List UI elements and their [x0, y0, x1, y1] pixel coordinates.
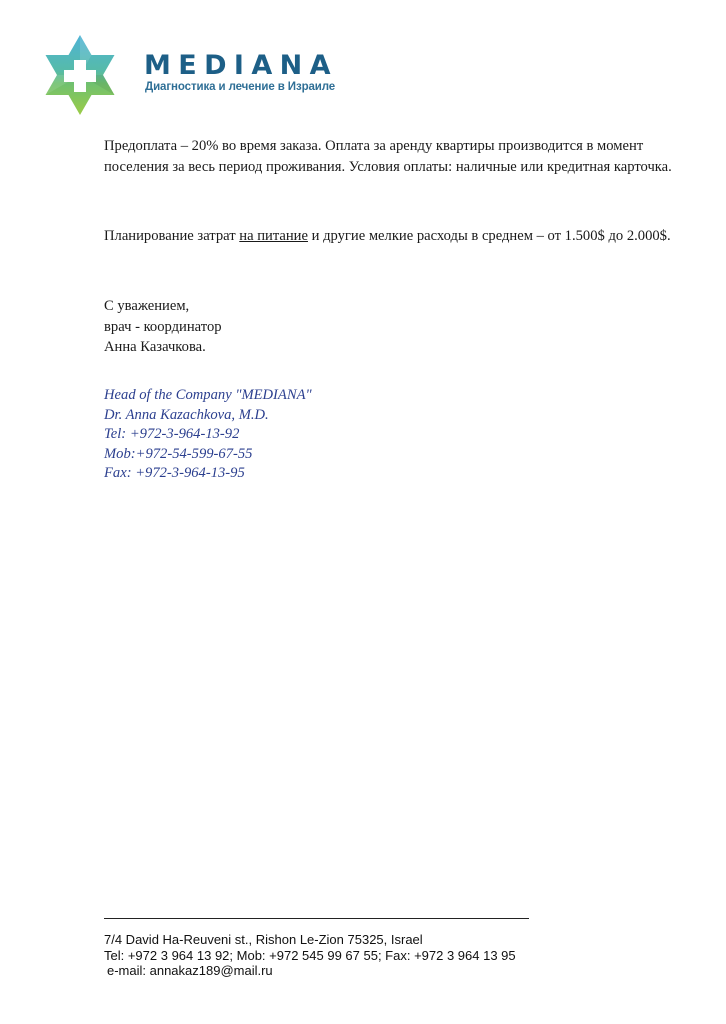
expenses-paragraph: Планирование затрат на питание и другие …	[104, 226, 674, 247]
footer: 7/4 David Ha-Reuveni st., Rishon Le-Zion…	[104, 932, 516, 979]
payment-terms-paragraph: Предоплата – 20% во время заказа. Оплата…	[104, 136, 674, 177]
food-underlined-text: на питание	[239, 228, 308, 244]
brand-tagline: Диагностика и лечение в Израиле	[145, 80, 335, 94]
closing-role: врач - координатор	[104, 317, 674, 338]
signature-title: Head of the Company "MEDIANA"	[104, 386, 312, 406]
expenses-text-end: и другие мелкие расходы в среднем – от 1…	[308, 228, 671, 244]
signature-mob: Mob:+972-54-599-67-55	[104, 445, 312, 465]
footer-email: e-mail: annakaz189@mail.ru	[104, 963, 516, 979]
brand-name: MEDIANA	[144, 50, 338, 82]
signature-block: Head of the Company "MEDIANA" Dr. Anna K…	[104, 386, 312, 484]
closing-block: С уважением, врач - координатор Анна Каз…	[104, 296, 674, 358]
footer-phones: Tel: +972 3 964 13 92; Mob: +972 545 99 …	[104, 948, 516, 964]
signature-tel: Tel: +972-3-964-13-92	[104, 425, 312, 445]
footer-divider	[104, 918, 529, 919]
footer-address: 7/4 David Ha-Reuveni st., Rishon Le-Zion…	[104, 932, 516, 948]
closing-name: Анна Казачкова.	[104, 337, 674, 358]
signature-name: Dr. Anna Kazachkova, M.D.	[104, 406, 312, 426]
signature-fax: Fax: +972-3-964-13-95	[104, 464, 312, 484]
star-with-cross-icon	[40, 35, 120, 115]
closing-regards: С уважением,	[104, 296, 674, 317]
expenses-text-start: Планирование затрат	[104, 228, 239, 244]
